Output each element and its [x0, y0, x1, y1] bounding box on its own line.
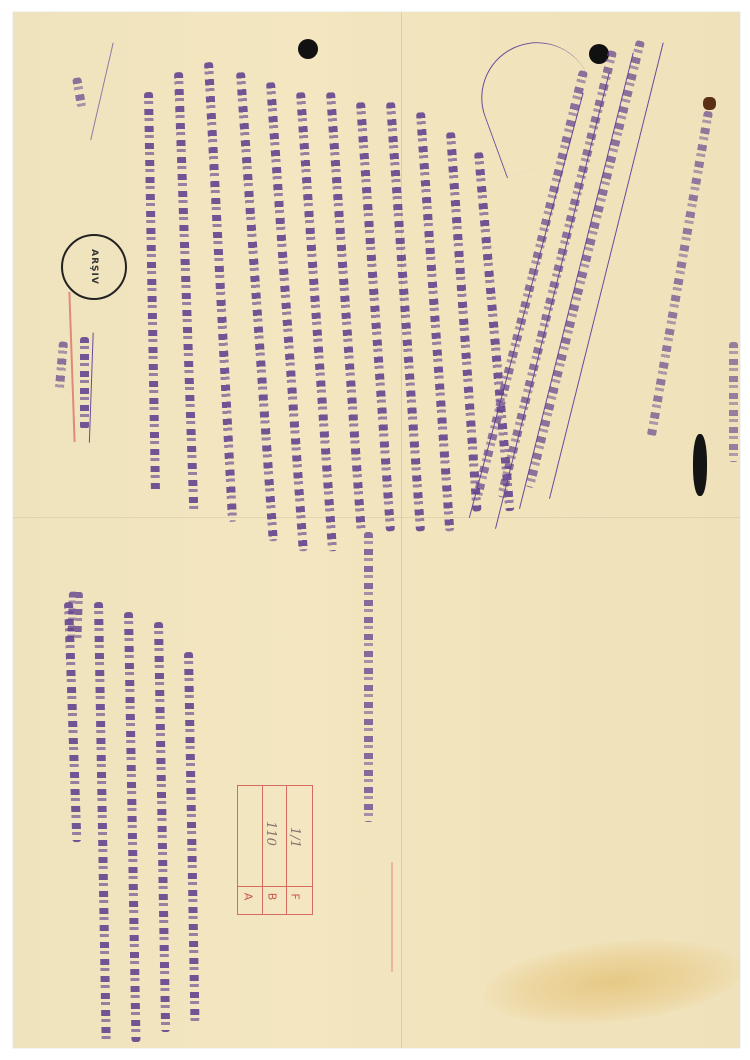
- rust-spot: [703, 97, 716, 110]
- ink-blot: [693, 434, 707, 496]
- left-note-scribble: [67, 592, 83, 642]
- left-note-line: [184, 652, 199, 1022]
- archive-value-fraction: 1/1: [287, 827, 302, 848]
- header-date-script-2: [55, 341, 68, 392]
- header-date-script: [80, 337, 89, 429]
- red-margin-line: [68, 292, 75, 442]
- fold-crease-horizontal: [13, 517, 740, 518]
- archive-reference-box: A B F 110 1/1: [237, 785, 313, 915]
- archive-value-number: 110: [263, 821, 278, 846]
- left-note-line: [124, 612, 141, 1042]
- header-underline: [88, 333, 93, 443]
- archive-label-a: A: [241, 893, 254, 901]
- right-margin-note-2: [729, 342, 738, 462]
- body-line: [144, 92, 160, 492]
- archive-label-f: F: [289, 893, 302, 899]
- fold-crease-vertical: [401, 12, 402, 1048]
- archive-label-b: B: [265, 893, 278, 901]
- body-line: [356, 102, 395, 532]
- body-line: [446, 132, 481, 512]
- body-line: [174, 72, 198, 512]
- red-margin-line-faint: [391, 862, 393, 972]
- document-page: ARŞIV A B F 110 1/1: [13, 12, 740, 1048]
- top-corner-note: [72, 77, 86, 108]
- middle-note: [364, 532, 373, 822]
- punch-hole-left: [298, 39, 318, 59]
- body-line: [204, 62, 237, 522]
- archive-postmark-stamp: ARŞIV: [61, 234, 127, 300]
- top-corner-stroke: [90, 43, 114, 141]
- left-note-line: [154, 622, 170, 1032]
- right-margin-note: [647, 110, 713, 437]
- water-stain: [480, 929, 740, 1036]
- left-note-line: [94, 602, 111, 1042]
- stamp-text: ARŞIV: [89, 249, 99, 285]
